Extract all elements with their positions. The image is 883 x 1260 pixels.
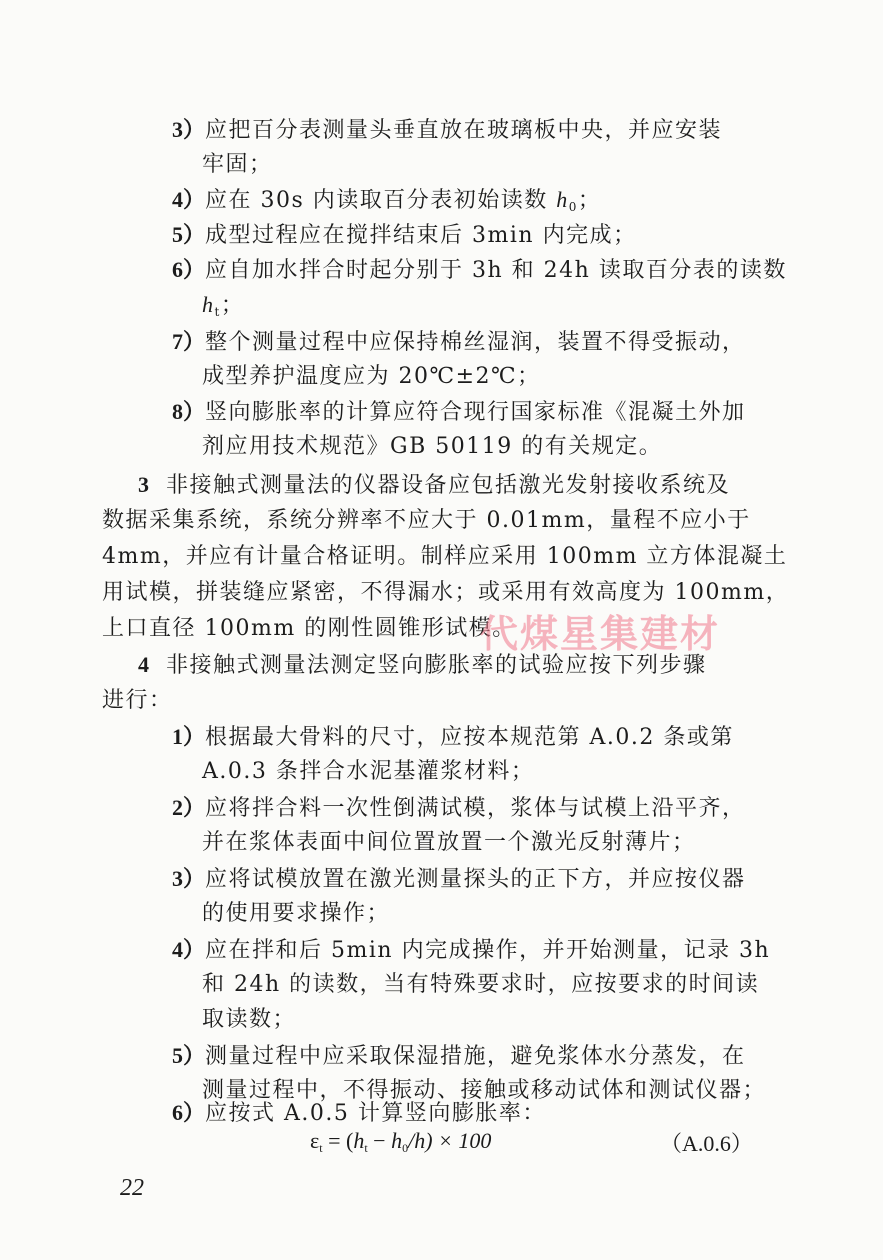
item-continuation: 并在浆体表面中间位置放置一个激光反射薄片； — [202, 828, 696, 858]
epsilon-symbol: ε — [310, 1128, 319, 1153]
item-number: 3） — [172, 117, 205, 142]
list-item: 7）整个测量过程中应保持棉丝湿润，装置不得受振动， — [172, 327, 746, 358]
item-continuation: ht； — [202, 290, 244, 327]
list-item: 3）应把百分表测量头垂直放在玻璃板中央，并应安装 — [172, 115, 722, 146]
item-text: 成型过程应在搅拌结束后 3min 内完成； — [205, 223, 637, 248]
item-text: 竖向膨胀率的计算应符合现行国家标准《混凝土外加 — [205, 400, 746, 425]
variable: h — [391, 1128, 402, 1153]
item-continuation: 取读数； — [202, 1005, 296, 1035]
variable: h — [353, 1128, 364, 1153]
item-text: 应按式 A.0.5 计算竖向膨胀率： — [205, 1101, 546, 1126]
para-line: 非接触式测量法测定竖向膨胀率的试验应按下列步骤 — [166, 653, 707, 678]
item-continuation: 成型养护温度应为 20℃±2℃； — [202, 362, 541, 392]
item-text: 整个测量过程中应保持棉丝湿润，装置不得受振动， — [205, 330, 746, 355]
clause-number: 4 — [138, 652, 149, 677]
clause-number: 3 — [138, 472, 149, 497]
para-line: 上口直径 100mm 的刚性圆锥形试模。 — [102, 614, 516, 644]
formula-part: /h) × 100 — [408, 1128, 491, 1153]
item-continuation: 的使用要求操作； — [202, 899, 390, 929]
item-number: 8） — [172, 399, 205, 424]
item-text: 应将拌合料一次性倒满试模，浆体与试模上沿平齐， — [205, 796, 746, 821]
paragraph-3: 3 非接触式测量法的仪器设备应包括激光发射接收系统及 — [138, 470, 730, 501]
item-number: 6） — [172, 257, 205, 282]
item-text: 应在拌和后 5min 内完成操作，并开始测量，记录 3h — [205, 938, 770, 963]
list-item: 6）应按式 A.0.5 计算竖向膨胀率： — [172, 1098, 546, 1129]
list-item: 3）应将试模放置在激光测量探头的正下方，并应按仪器 — [172, 864, 746, 895]
equation-number: （A.0.6） — [660, 1127, 753, 1158]
page-number: 22 — [120, 1175, 144, 1202]
para-line: 非接触式测量法的仪器设备应包括激光发射接收系统及 — [166, 473, 730, 498]
list-item: 2）应将拌合料一次性倒满试模，浆体与试模上沿平齐， — [172, 793, 746, 824]
formula-part: = ( — [323, 1128, 354, 1153]
item-number: 7） — [172, 329, 205, 354]
list-item: 5）成型过程应在搅拌结束后 3min 内完成； — [172, 220, 637, 251]
para-line: 数据采集系统，系统分辨率不应大于 0.01mm，量程不应小于 — [102, 506, 751, 536]
item-continuation: 和 24h 的读数，当有特殊要求时，应按要求的时间读 — [202, 970, 759, 1000]
punctuation: ； — [578, 188, 602, 213]
item-number: 5） — [172, 1043, 205, 1068]
para-line: 4mm，并应有计量合格证明。制样应采用 100mm 立方体混凝土 — [102, 542, 787, 572]
document-page: 3）应把百分表测量头垂直放在玻璃板中央，并应安装 牢固； 4）应在 30s 内读… — [0, 0, 883, 1260]
paragraph-4: 4 非接触式测量法测定竖向膨胀率的试验应按下列步骤 — [138, 650, 707, 681]
punctuation: ； — [221, 293, 245, 318]
item-continuation: 牢固； — [202, 150, 273, 180]
list-item: 6）应自加水拌合时起分别于 3h 和 24h 读取百分表的读数 — [172, 255, 787, 286]
item-text: 应在 30s 内读取百分表初始读数 — [205, 188, 556, 213]
item-number: 5） — [172, 222, 205, 247]
item-number: 6） — [172, 1100, 205, 1125]
formula-part: − — [368, 1128, 391, 1153]
list-item: 1）根据最大骨料的尺寸，应按本规范第 A.0.2 条或第 — [172, 722, 734, 753]
list-item: 5）测量过程中应采取保湿措施，避免浆体水分蒸发，在 — [172, 1041, 746, 1072]
item-continuation: A.0.3 条拌合水泥基灌浆材料； — [202, 757, 534, 787]
item-number: 4） — [172, 187, 205, 212]
item-number: 1） — [172, 724, 205, 749]
item-text: 应把百分表测量头垂直放在玻璃板中央，并应安装 — [205, 118, 722, 143]
item-text: 测量过程中应采取保湿措施，避免浆体水分蒸发，在 — [205, 1044, 746, 1069]
list-item: 8）竖向膨胀率的计算应符合现行国家标准《混凝土外加 — [172, 397, 746, 428]
subscript: 0 — [569, 200, 578, 214]
item-number: 4） — [172, 937, 205, 962]
para-line: 进行： — [102, 686, 173, 716]
item-text: 应自加水拌合时起分别于 3h 和 24h 读取百分表的读数 — [205, 258, 787, 283]
variable: h — [556, 187, 569, 212]
list-item: 4）应在拌和后 5min 内完成操作，并开始测量，记录 3h — [172, 935, 770, 966]
item-text: 根据最大骨料的尺寸，应按本规范第 A.0.2 条或第 — [205, 725, 734, 750]
item-number: 2） — [172, 795, 205, 820]
item-number: 3） — [172, 866, 205, 891]
item-text: 应将试模放置在激光测量探头的正下方，并应按仪器 — [205, 867, 746, 892]
list-item: 4）应在 30s 内读取百分表初始读数 h0； — [172, 185, 601, 222]
formula: εt = (ht − h0/h) × 100 — [310, 1126, 491, 1163]
item-continuation: 剂应用技术规范》GB 50119 的有关规定。 — [202, 432, 662, 462]
variable: h — [202, 292, 215, 317]
